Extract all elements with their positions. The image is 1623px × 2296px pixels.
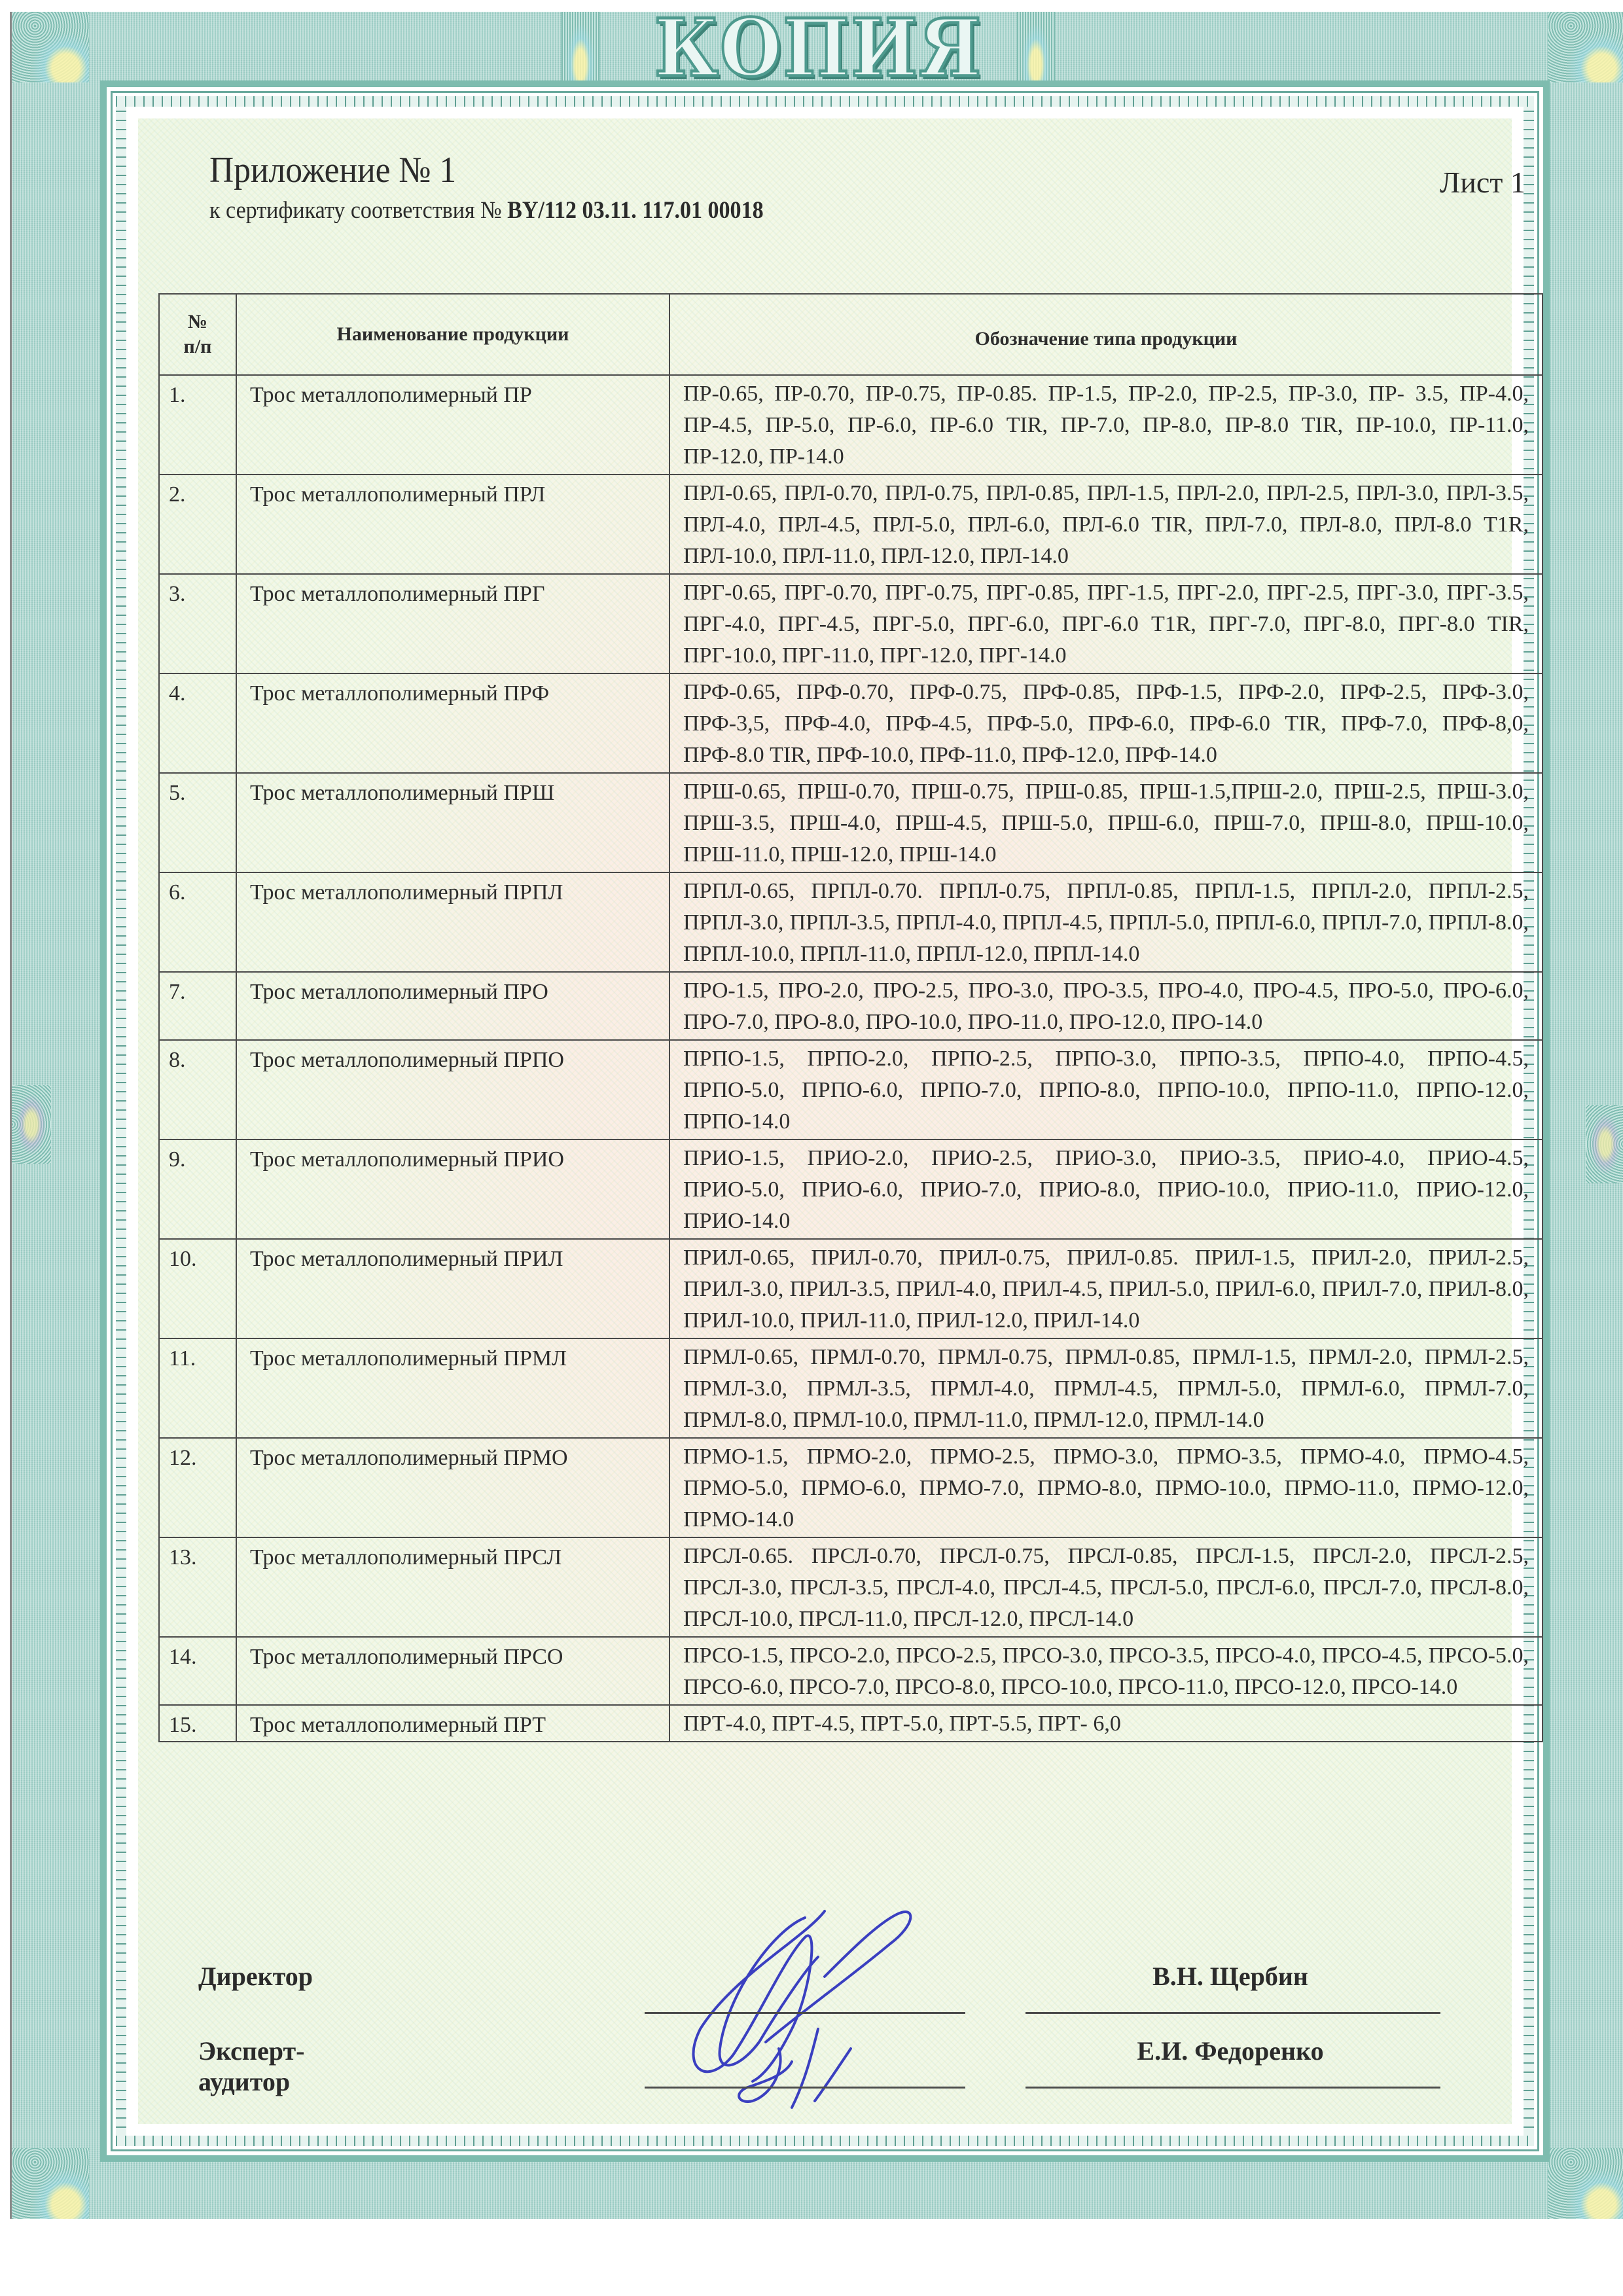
product-types: ПРЛ-0.65, ПРЛ-0.70, ПРЛ-0.75, ПРЛ-0.85, … xyxy=(669,475,1543,574)
product-types: ПРСО-1.5, ПРСО-2.0, ПРСО-2.5, ПРСО-3.0, … xyxy=(669,1637,1543,1705)
table-row: 11.Трос металлополимерный ПРМЛПРМЛ-0.65,… xyxy=(159,1338,1543,1438)
products-table: № п/п Наименование продукции Обозначение… xyxy=(158,293,1543,1742)
signature-line xyxy=(645,2087,965,2089)
table-header-row: № п/п Наименование продукции Обозначение… xyxy=(159,294,1543,375)
product-name: Трос металлополимерный ПРФ xyxy=(236,673,669,773)
row-number: 13. xyxy=(159,1537,236,1637)
product-types: ПРСЛ-0.65. ПРСЛ-0.70, ПРСЛ-0.75, ПРСЛ-0.… xyxy=(669,1537,1543,1637)
product-name: Трос металлополимерный ПР xyxy=(236,375,669,475)
table-row: 12.Трос металлополимерный ПРМОПРМО-1.5, … xyxy=(159,1438,1543,1537)
certificate-reference-prefix: к сертификату соответствия № xyxy=(209,197,507,224)
table-row: 15.Трос металлополимерный ПРТПРТ-4.0, ПР… xyxy=(159,1705,1543,1742)
product-name: Трос металлополимерный ПРМЛ xyxy=(236,1338,669,1438)
row-number: 4. xyxy=(159,673,236,773)
table-row: 1.Трос металлополимерный ПРПР-0.65, ПР-0… xyxy=(159,375,1543,475)
product-types: ПРШ-0.65, ПРШ-0.70, ПРШ-0.75, ПРШ-0.85, … xyxy=(669,773,1543,872)
row-number: 2. xyxy=(159,475,236,574)
product-types: ПРМО-1.5, ПРМО-2.0, ПРМО-2.5, ПРМО-3.0, … xyxy=(669,1438,1543,1537)
signature-role-auditor: Эксперт-аудитор xyxy=(198,2036,304,2097)
product-name: Трос металлополимерный ПРШ xyxy=(236,773,669,872)
document-content: Приложение № 1 к сертификату соответстви… xyxy=(0,0,1623,2296)
product-name: Трос металлополимерный ПРСО xyxy=(236,1637,669,1705)
certificate-number: BY/112 03.11. 117.01 00018 xyxy=(507,197,764,224)
row-number: 15. xyxy=(159,1705,236,1742)
name-line xyxy=(1026,2087,1440,2089)
signature-name-auditor: Е.И. Федоренко xyxy=(1021,2036,1440,2066)
row-number: 9. xyxy=(159,1139,236,1239)
product-types: ПРПО-1.5, ПРПО-2.0, ПРПО-2.5, ПРПО-3.0, … xyxy=(669,1040,1543,1139)
signature-role-director: Директор xyxy=(198,1961,313,1992)
row-number: 10. xyxy=(159,1239,236,1338)
sheet-number: Лист 1 xyxy=(1440,165,1525,200)
product-name: Трос металлополимерный ПРМО xyxy=(236,1438,669,1537)
signature-line xyxy=(645,2012,965,2014)
product-name: Трос металлополимерный ПРГ xyxy=(236,574,669,673)
product-name: Трос металлополимерный ПРО xyxy=(236,972,669,1040)
product-name: Трос металлополимерный ПРИО xyxy=(236,1139,669,1239)
row-number: 7. xyxy=(159,972,236,1040)
certificate-reference: к сертификату соответствия № BY/112 03.1… xyxy=(209,196,764,224)
row-number: 8. xyxy=(159,1040,236,1139)
table-row: 9.Трос металлополимерный ПРИОПРИО-1.5, П… xyxy=(159,1139,1543,1239)
signature-name-director: В.Н. Щербин xyxy=(1021,1961,1440,1992)
product-types: ПРГ-0.65, ПРГ-0.70, ПРГ-0.75, ПРГ-0.85, … xyxy=(669,574,1543,673)
product-name: Трос металлополимерный ПРСЛ xyxy=(236,1537,669,1637)
product-types: ПРИЛ-0.65, ПРИЛ-0.70, ПРИЛ-0.75, ПРИЛ-0.… xyxy=(669,1239,1543,1338)
row-number: 1. xyxy=(159,375,236,475)
table-row: 4.Трос металлополимерный ПРФПРФ-0.65, ПР… xyxy=(159,673,1543,773)
product-name: Трос металлополимерный ПРЛ xyxy=(236,475,669,574)
product-types: ПР-0.65, ПР-0.70, ПР-0.75, ПР-0.85. ПР-1… xyxy=(669,375,1543,475)
row-number: 6. xyxy=(159,872,236,972)
product-name: Трос металлополимерный ПРПЛ xyxy=(236,872,669,972)
product-name: Трос металлополимерный ПРИЛ xyxy=(236,1239,669,1338)
table-row: 2.Трос металлополимерный ПРЛПРЛ-0.65, ПР… xyxy=(159,475,1543,574)
row-number: 3. xyxy=(159,574,236,673)
handwritten-signature-icon xyxy=(654,1898,969,2114)
row-number: 12. xyxy=(159,1438,236,1537)
product-types: ПРИО-1.5, ПРИО-2.0, ПРИО-2.5, ПРИО-3.0, … xyxy=(669,1139,1543,1239)
table-row: 10.Трос металлополимерный ПРИЛПРИЛ-0.65,… xyxy=(159,1239,1543,1338)
table-row: 3.Трос металлополимерный ПРГПРГ-0.65, ПР… xyxy=(159,574,1543,673)
product-types: ПРТ-4.0, ПРТ-4.5, ПРТ-5.0, ПРТ-5.5, ПРТ-… xyxy=(669,1705,1543,1742)
table-row: 13.Трос металлополимерный ПРСЛПРСЛ-0.65.… xyxy=(159,1537,1543,1637)
column-header-name: Наименование продукции xyxy=(236,294,669,375)
row-number: 5. xyxy=(159,773,236,872)
table-row: 8.Трос металлополимерный ПРПОПРПО-1.5, П… xyxy=(159,1040,1543,1139)
table-row: 5.Трос металлополимерный ПРШПРШ-0.65, ПР… xyxy=(159,773,1543,872)
column-header-types: Обозначение типа продукции xyxy=(669,294,1543,375)
product-name: Трос металлополимерный ПРТ xyxy=(236,1705,669,1742)
name-line xyxy=(1026,2012,1440,2014)
table-row: 14.Трос металлополимерный ПРСОПРСО-1.5, … xyxy=(159,1637,1543,1705)
column-header-number: № п/п xyxy=(159,294,236,375)
product-types: ПРФ-0.65, ПРФ-0.70, ПРФ-0.75, ПРФ-0.85, … xyxy=(669,673,1543,773)
product-types: ПРО-1.5, ПРО-2.0, ПРО-2.5, ПРО-3.0, ПРО-… xyxy=(669,972,1543,1040)
product-types: ПРПЛ-0.65, ПРПЛ-0.70. ПРПЛ-0.75, ПРПЛ-0.… xyxy=(669,872,1543,972)
product-name: Трос металлополимерный ПРПО xyxy=(236,1040,669,1139)
table-row: 6.Трос металлополимерный ПРПЛПРПЛ-0.65, … xyxy=(159,872,1543,972)
table-row: 7.Трос металлополимерный ПРОПРО-1.5, ПРО… xyxy=(159,972,1543,1040)
row-number: 14. xyxy=(159,1637,236,1705)
row-number: 11. xyxy=(159,1338,236,1438)
appendix-title: Приложение № 1 xyxy=(209,149,456,191)
product-types: ПРМЛ-0.65, ПРМЛ-0.70, ПРМЛ-0.75, ПРМЛ-0.… xyxy=(669,1338,1543,1438)
